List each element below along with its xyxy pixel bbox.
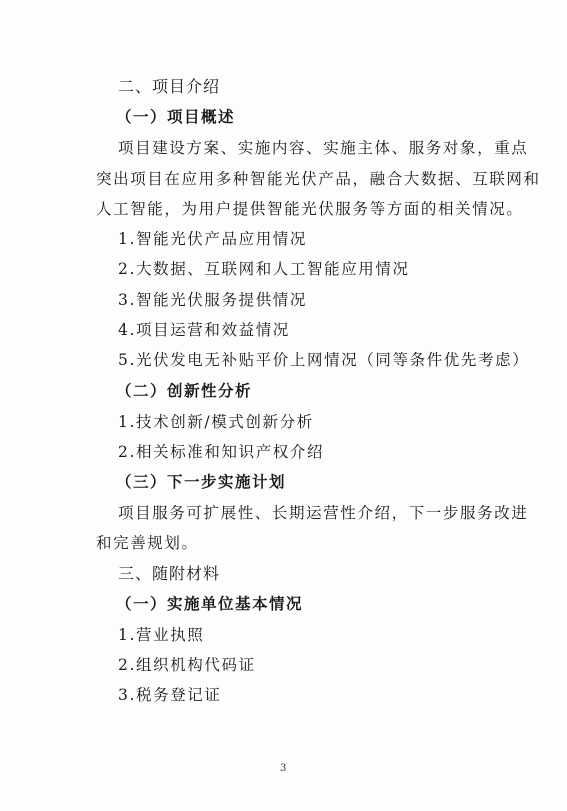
list-item: 3.税务登记证 xyxy=(118,685,222,705)
list-item: 2.组织机构代码证 xyxy=(118,655,256,675)
subsection-heading: （一）项目概述 xyxy=(116,107,235,127)
page-number: 3 xyxy=(280,763,286,774)
list-item: 2.相关标准和知识产权介绍 xyxy=(118,442,324,462)
paragraph-line: 项目建设方案、实施内容、实施主体、服务对象，重点 xyxy=(118,138,528,158)
list-item: 3.智能光伏服务提供情况 xyxy=(118,290,307,310)
subsection-heading: （二）创新性分析 xyxy=(116,381,252,401)
section-heading: 三、随附材料 xyxy=(118,564,220,584)
list-item: 1.营业执照 xyxy=(118,625,204,645)
list-item: 2.大数据、互联网和人工智能应用情况 xyxy=(118,259,410,279)
list-item: 1.技术创新/模式创新分析 xyxy=(118,412,314,432)
section-heading: 二、项目介绍 xyxy=(118,77,220,97)
list-item: 4.项目运营和效益情况 xyxy=(118,320,290,340)
list-item: 5.光伏发电无补贴平价上网情况（同等条件优先考虑） xyxy=(118,350,529,370)
paragraph-line: 项目服务可扩展性、长期运营性介绍，下一步服务改进 xyxy=(118,503,528,523)
list-item: 1.智能光伏产品应用情况 xyxy=(118,229,307,249)
paragraph-line: 突出项目在应用多种智能光伏产品，融合大数据、互联网和 xyxy=(96,169,541,189)
document-page: 二、项目介绍 （一）项目概述 项目建设方案、实施内容、实施主体、服务对象，重点 … xyxy=(0,0,567,811)
paragraph-line: 人工智能，为用户提供智能光伏服务等方面的相关情况。 xyxy=(96,199,524,219)
subsection-heading: （一）实施单位基本情况 xyxy=(116,594,303,614)
subsection-heading: （三）下一步实施计划 xyxy=(116,472,286,492)
paragraph-line: 和完善规划。 xyxy=(96,533,199,553)
